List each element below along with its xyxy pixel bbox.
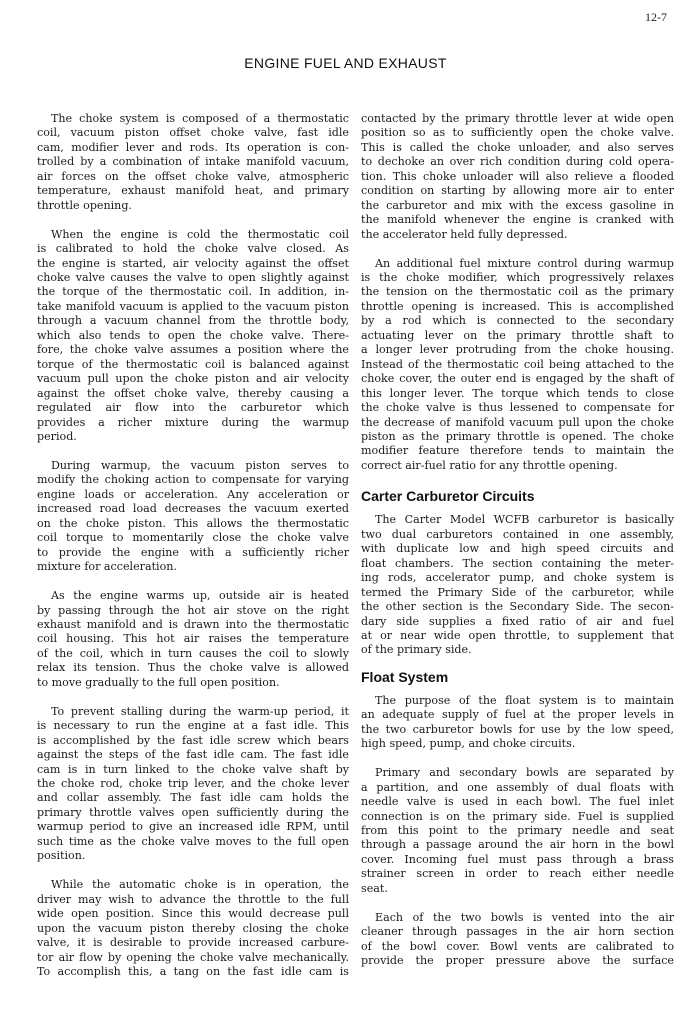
text-line: the accelerator held fully depressed. — [361, 228, 674, 242]
paragraph-bowls: Primary and secondary bowls are separate… — [361, 766, 674, 896]
text-line: the tension on the thermostatic coil as … — [361, 285, 674, 299]
text-line: high speed, pump, and choke circuits. — [361, 737, 674, 751]
text-line: tor air flow by opening the choke valve … — [37, 951, 349, 965]
paragraph-automatic-choke: While the automatic choke is in operatio… — [37, 878, 349, 979]
text-line: exhaust manifold and is drawn into the t… — [37, 618, 349, 632]
text-line: air forces on the offset choke valve, at… — [37, 170, 349, 184]
text-line: the torque of the thermostatic coil. In … — [37, 285, 349, 299]
text-line: valve, it is desirable to provide increa… — [37, 936, 349, 950]
text-line: tion. This choke unloader will also reli… — [361, 170, 674, 184]
text-line: the carburetor and mix with the excess g… — [361, 199, 674, 213]
text-line: While the automatic choke is in operatio… — [37, 878, 349, 892]
text-line: choke valve causes the valve to open sli… — [37, 271, 349, 285]
text-line: An additional fuel mixture control durin… — [361, 257, 674, 271]
text-line: coil torque to momentarily close the cho… — [37, 531, 349, 545]
text-line: provides a richer mixture during the war… — [37, 416, 349, 430]
text-line: termed the Primary Side of the carbureto… — [361, 586, 674, 600]
paragraph-choke-system: The choke system is composed of a thermo… — [37, 112, 349, 213]
text-line: Each of the two bowls is vented into the… — [361, 911, 674, 925]
text-line: is accomplished by the fast idle screw w… — [37, 734, 349, 748]
text-line: a longer lever protruding from the choke… — [361, 343, 674, 357]
paragraph-warms-up: As the engine warms up, outside air is h… — [37, 589, 349, 690]
text-line: actuating lever on the primary throttle … — [361, 329, 674, 343]
text-line: regulated air flow into the carburetor w… — [37, 401, 349, 415]
paragraph-fast-idle: To prevent stalling during the warm-up p… — [37, 705, 349, 864]
paragraph-float-purpose: The purpose of the float system is to ma… — [361, 694, 674, 752]
text-line: throttle opening is increased. This is a… — [361, 300, 674, 314]
text-line: modify the choking action to compensate … — [37, 473, 349, 487]
text-line: of the bowl cover. Bowl vents are calibr… — [361, 940, 674, 954]
text-line: engine loads or acceleration. Any accele… — [37, 488, 349, 502]
text-line: needle valve is used in each bowl. The f… — [361, 795, 674, 809]
text-line: period. — [37, 430, 349, 444]
page-title: ENGINE FUEL AND EXHAUST — [0, 55, 691, 71]
text-line: coil, vacuum piston offset choke valve, … — [37, 126, 349, 140]
text-line: This is called the choke unloader, and a… — [361, 141, 674, 155]
text-line: of the coil, which in turn causes the co… — [37, 647, 349, 661]
text-line: to provide the engine with a sufficientl… — [37, 546, 349, 560]
text-line: the choke valve is thus lessened to comp… — [361, 401, 674, 415]
text-line: is the choke modifier, which progressive… — [361, 271, 674, 285]
text-line: fore, the choke valve assumes a position… — [37, 343, 349, 357]
text-line: throttle opening. — [37, 199, 349, 213]
text-line: provide the proper pressure above the su… — [361, 954, 674, 968]
text-line: contacted by the primary throttle lever … — [361, 112, 674, 126]
text-line: through a vacuum channel from the thrott… — [37, 314, 349, 328]
text-line: warmup period to give an increased idle … — [37, 820, 349, 834]
text-line: the other section is the Secondary Side.… — [361, 600, 674, 614]
text-line: float chambers. The section containing t… — [361, 557, 674, 571]
text-line: the two carburetor bowls for use by the … — [361, 723, 674, 737]
text-line: ing rods, accelerator pump, and choke sy… — [361, 571, 674, 585]
text-line: the choke rod, choke trip lever, and the… — [37, 777, 349, 791]
text-line: the engine is started, air velocity agai… — [37, 257, 349, 271]
text-line: To accomplish this, a tang on the fast i… — [37, 965, 349, 979]
text-line: a partition, and one assembly of dual fl… — [361, 781, 674, 795]
text-line: through a passage around the air horn in… — [361, 838, 674, 852]
text-line: by passing through the hot air stove on … — [37, 604, 349, 618]
text-line: When the engine is cold the thermostatic… — [37, 228, 349, 242]
text-line: cam is in turn linked to the choke valve… — [37, 763, 349, 777]
paragraph-choke-modifier: An additional fuel mixture control durin… — [361, 257, 674, 474]
paragraph-warmup: During warmup, the vacuum piston serves … — [37, 459, 349, 575]
text-line: against the offset choke valve, thereby … — [37, 387, 349, 401]
text-line: with duplicate low and high speed circui… — [361, 542, 674, 556]
left-column: The choke system is composed of a thermo… — [37, 112, 349, 979]
text-line: an adequate supply of fuel at the proper… — [361, 708, 674, 722]
text-line: position so as to sufficiently open the … — [361, 126, 674, 140]
text-line: wide open position. Since this would dec… — [37, 907, 349, 921]
text-line: at or near wide open throttle, to supple… — [361, 629, 674, 643]
text-line: position. — [37, 849, 349, 863]
text-line: increased road load decreases the vacuum… — [37, 502, 349, 516]
text-line: During warmup, the vacuum piston serves … — [37, 459, 349, 473]
paragraph-cold-engine: When the engine is cold the thermostatic… — [37, 228, 349, 445]
text-line: is calibrated to hold the choke valve cl… — [37, 242, 349, 256]
text-line: on the choke piston. This allows the the… — [37, 517, 349, 531]
text-line: temperature, exhaust manifold heat, and … — [37, 184, 349, 198]
section-heading-float-system: Float System — [361, 668, 674, 686]
text-line: upon the vacuum piston thereby closing t… — [37, 922, 349, 936]
text-line: the decrease of manifold vacuum pull upo… — [361, 416, 674, 430]
text-line: cleaner through passages in the air horn… — [361, 925, 674, 939]
text-line: To prevent stalling during the warm-up p… — [37, 705, 349, 719]
text-line: the manifold whenever the engine is cran… — [361, 213, 674, 227]
text-line: choke cover, the outer end is engaged by… — [361, 372, 674, 386]
text-line: cover. Incoming fuel must pass through a… — [361, 853, 674, 867]
text-line: primary throttle valves open sufficientl… — [37, 806, 349, 820]
text-line: coil housing. This hot air raises the te… — [37, 632, 349, 646]
text-line: connection is on the primary side. Fuel … — [361, 810, 674, 824]
text-line: and collar assembly. The fast idle cam h… — [37, 791, 349, 805]
text-line: trolled by a combination of intake manif… — [37, 155, 349, 169]
text-line: As the engine warms up, outside air is h… — [37, 589, 349, 603]
text-line: this longer lever. The torque which tend… — [361, 387, 674, 401]
right-column: contacted by the primary throttle lever … — [361, 112, 674, 969]
text-line: vacuum pull upon the choke piston and ai… — [37, 372, 349, 386]
text-line: to move gradually to the full open posit… — [37, 676, 349, 690]
text-line: against the steps of the fast idle cam. … — [37, 748, 349, 762]
text-line: by a rod which is connected to the secon… — [361, 314, 674, 328]
text-line: modifier feature therefore tends to main… — [361, 444, 674, 458]
text-line: cam, modifier lever and rods. Its operat… — [37, 141, 349, 155]
page-number: 12-7 — [645, 10, 667, 25]
text-line: The purpose of the float system is to ma… — [361, 694, 674, 708]
text-line: to dechoke an over rich condition during… — [361, 155, 674, 169]
text-line: piston as the primary throttle is opened… — [361, 430, 674, 444]
section-heading-carter-circuits: Carter Carburetor Circuits — [361, 487, 674, 505]
text-line: of the primary side. — [361, 643, 674, 657]
text-line: Primary and secondary bowls are separate… — [361, 766, 674, 780]
text-line: correct air-fuel ratio for any throttle … — [361, 459, 674, 473]
text-line: which also tends to open the choke valve… — [37, 329, 349, 343]
text-line: driver may wish to advance the throttle … — [37, 893, 349, 907]
text-line: relax its tension. Thus the choke valve … — [37, 661, 349, 675]
text-line: is necessary to run the engine at a fast… — [37, 719, 349, 733]
text-line: strainer screen in order to reach either… — [361, 867, 674, 881]
text-line: The choke system is composed of a thermo… — [37, 112, 349, 126]
text-line: dary side supplies a fixed ratio of air … — [361, 615, 674, 629]
text-line: such time as the choke valve moves to th… — [37, 835, 349, 849]
paragraph-choke-unloader: contacted by the primary throttle lever … — [361, 112, 674, 242]
paragraph-bowl-vents: Each of the two bowls is vented into the… — [361, 911, 674, 969]
text-line: from this point to the primary needle an… — [361, 824, 674, 838]
text-line: mixture for acceleration. — [37, 560, 349, 574]
text-line: The Carter Model WCFB carburetor is basi… — [361, 513, 674, 527]
text-line: torque of the thermostatic coil is balan… — [37, 358, 349, 372]
text-line: seat. — [361, 882, 674, 896]
text-line: two dual carburetors contained in one as… — [361, 528, 674, 542]
paragraph-carter-wcfb: The Carter Model WCFB carburetor is basi… — [361, 513, 674, 658]
text-line: Instead of the thermostatic coil being a… — [361, 358, 674, 372]
text-line: condition on starting by allowing more a… — [361, 184, 674, 198]
text-line: take manifold vacuum is applied to the v… — [37, 300, 349, 314]
